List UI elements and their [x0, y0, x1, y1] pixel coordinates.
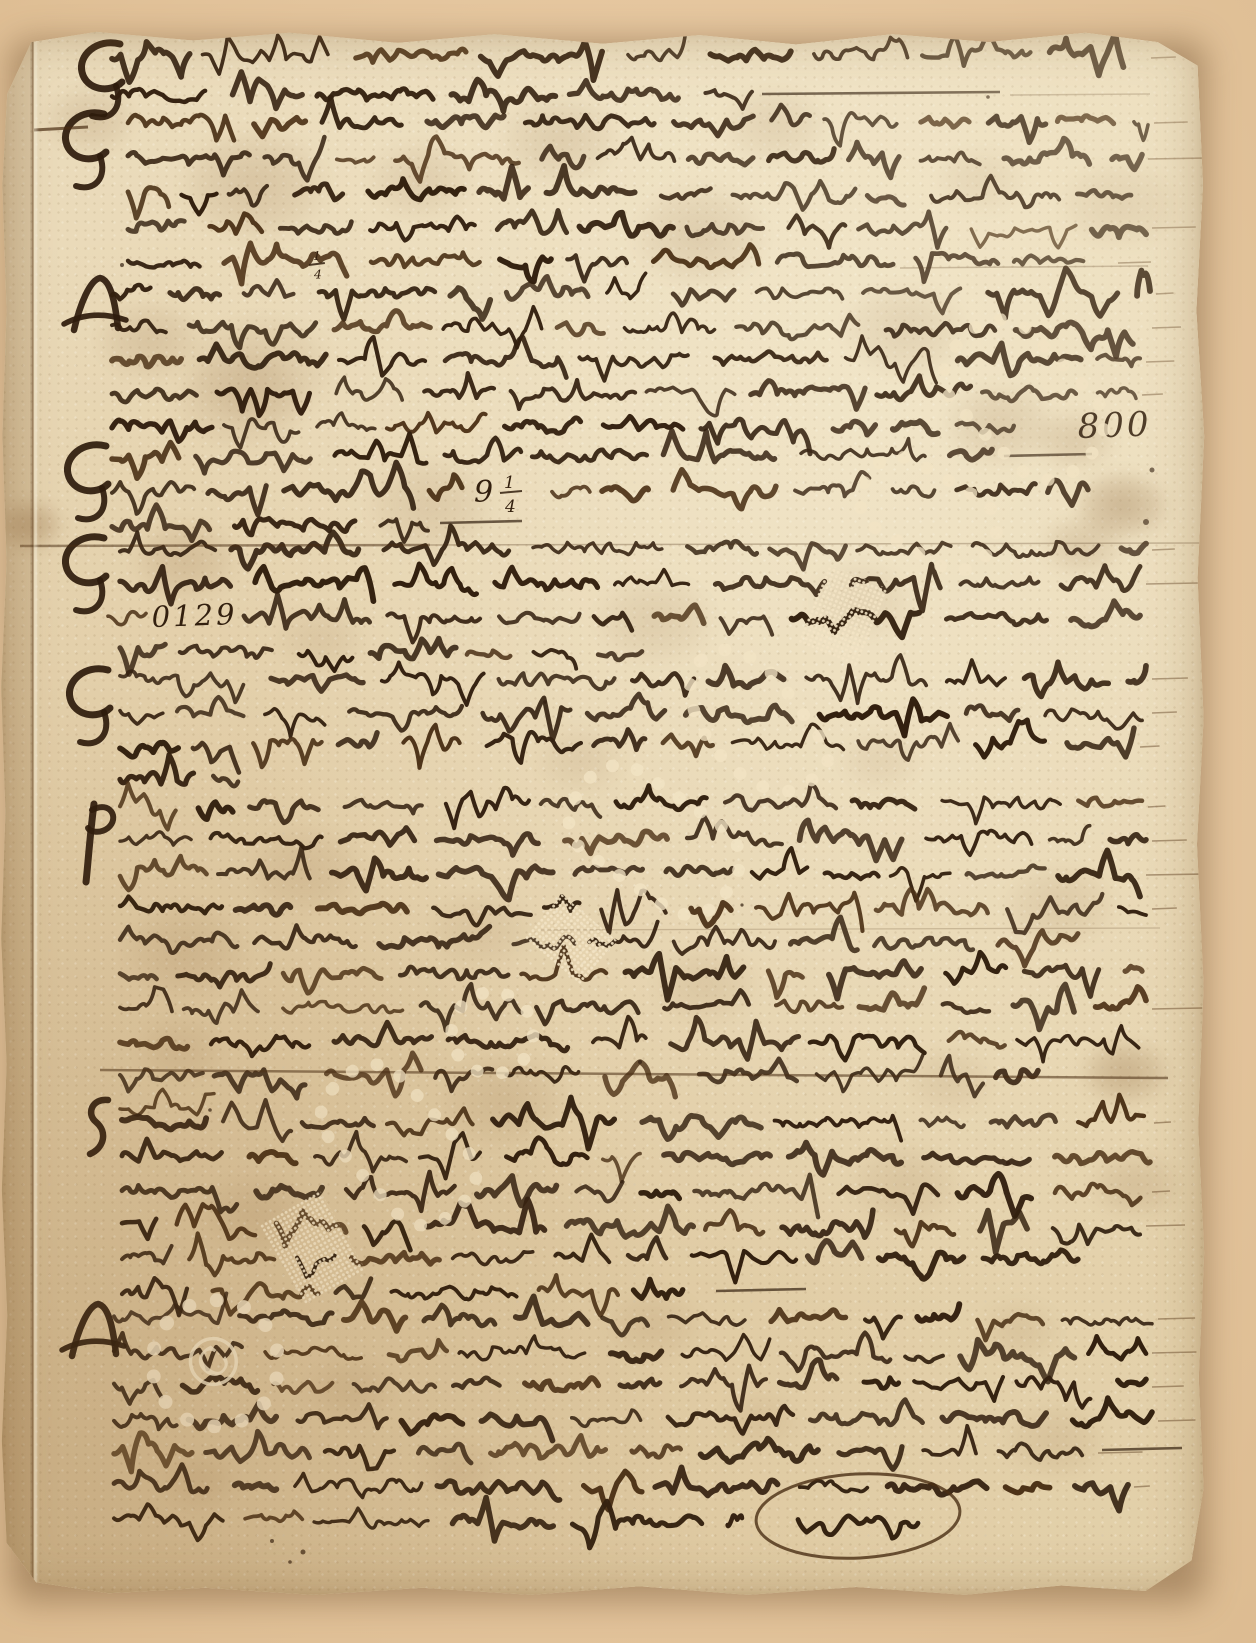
handwritten-word [256, 1186, 322, 1198]
handwritten-word [598, 138, 675, 162]
manuscript-line [120, 817, 1187, 861]
handwritten-word [295, 1473, 422, 1497]
manuscript-line [120, 720, 1160, 773]
handwritten-word [395, 564, 477, 595]
handwritten-word [768, 971, 802, 998]
handwritten-word [128, 261, 200, 268]
handwritten-word [211, 1036, 309, 1056]
handwritten-word [250, 801, 319, 823]
handwritten-word [1119, 907, 1146, 915]
handwritten-word [327, 1053, 422, 1096]
handwritten-word [1128, 666, 1146, 683]
handwritten-word [694, 1175, 818, 1218]
ink-speck [288, 1560, 292, 1564]
handwritten-word [1078, 1095, 1144, 1126]
handwritten-word [314, 1508, 428, 1528]
handwritten-word [532, 450, 647, 462]
manuscript-paragraph: 800 [64, 268, 1181, 454]
handwritten-word [112, 89, 205, 102]
handwritten-word [752, 848, 808, 879]
handwritten-word [427, 115, 504, 127]
handwritten-word [318, 904, 407, 914]
handwritten-word [584, 1471, 642, 1510]
handwritten-word [942, 797, 1060, 824]
pen-trail [1158, 1420, 1195, 1421]
handwritten-word [322, 97, 401, 128]
handwritten-word [120, 927, 237, 953]
handwritten-word [849, 142, 900, 178]
handwritten-word [274, 1382, 333, 1393]
handwritten-word [575, 867, 643, 874]
handwritten-word [445, 438, 521, 463]
handwritten-word [244, 594, 370, 628]
handwritten-word [487, 732, 581, 763]
handwritten-word [217, 389, 310, 416]
handwritten-word [332, 858, 426, 890]
handwritten-word [1134, 122, 1148, 141]
handwritten-word [989, 116, 1046, 142]
handwritten-word [108, 612, 146, 625]
handwritten-word [112, 285, 150, 299]
handwritten-word [491, 1436, 606, 1458]
handwritten-word [506, 1138, 587, 1165]
handwritten-word [642, 1116, 761, 1139]
handwritten-word [223, 1100, 291, 1141]
handwritten-word [317, 413, 375, 430]
handwritten-word [1058, 116, 1114, 124]
handwritten-word [506, 277, 588, 300]
handwritten-word [541, 799, 600, 817]
handwritten-word [1017, 1026, 1139, 1062]
pen-trail [1152, 549, 1175, 550]
handwritten-word [240, 1311, 333, 1325]
handwritten-word [769, 149, 834, 162]
handwritten-word [445, 337, 566, 377]
handwritten-word [1067, 728, 1134, 757]
handwritten-word [547, 166, 635, 196]
handwritten-word [224, 419, 299, 448]
handwritten-word [120, 644, 165, 674]
numeral-lead: 9 [474, 475, 493, 510]
handwritten-word [437, 1481, 559, 1500]
manuscript-line: 14 [128, 243, 1151, 284]
handwritten-word [921, 152, 980, 164]
handwritten-word [122, 1186, 237, 1213]
manuscript-paragraph: 914 [67, 431, 1092, 542]
handwritten-word [867, 196, 904, 206]
handwritten-word [891, 868, 950, 901]
manuscript-line [112, 72, 1000, 111]
pen-trail [1134, 1486, 1150, 1487]
handwritten-word [859, 988, 924, 1010]
handwritten-word [914, 1377, 1003, 1401]
manuscript-paragraph [69, 655, 1187, 786]
manuscript-line [122, 1095, 1171, 1149]
handwritten-word [733, 181, 856, 210]
handwritten-word [947, 660, 1005, 685]
handwritten-word [625, 313, 715, 332]
handwritten-word [341, 828, 415, 845]
handwritten-word [297, 1255, 335, 1277]
handwritten-word [481, 1414, 552, 1440]
handwritten-word [1006, 1484, 1050, 1493]
handwritten-word [603, 1154, 640, 1182]
handwritten-word [499, 613, 579, 623]
handwritten-word [931, 176, 1059, 208]
manuscript-line [128, 166, 1131, 218]
handwritten-word [668, 1406, 793, 1433]
manuscript-line [120, 783, 1165, 829]
handwritten-word [112, 420, 212, 441]
handwritten-word [112, 389, 197, 402]
handwritten-word [283, 1001, 403, 1012]
paragraph-initial-q [67, 445, 108, 491]
manuscript-line [120, 694, 1177, 740]
handwritten-word [646, 387, 734, 415]
handwritten-word [798, 1516, 918, 1538]
handwritten-word [593, 1017, 646, 1048]
ink-speck [543, 700, 547, 704]
manuscript-line: 800 [112, 404, 1152, 453]
handwritten-word [998, 931, 1078, 966]
manuscript-line [120, 1017, 1139, 1062]
pen-trail [1152, 840, 1187, 841]
handwritten-word [874, 938, 973, 950]
handwritten-word [1137, 271, 1150, 296]
handwritten-word [481, 41, 602, 80]
handwritten-word [337, 157, 374, 163]
handwritten-word [497, 211, 566, 234]
handwritten-word [280, 222, 351, 234]
handwritten-word [628, 1237, 666, 1259]
handwritten-word [536, 1001, 638, 1024]
handwritten-word [772, 105, 810, 125]
handwritten-word [112, 505, 210, 541]
handwritten-word [942, 1412, 1046, 1426]
handwritten-word [276, 1211, 345, 1246]
handwritten-word [877, 376, 971, 400]
handwritten-word [1050, 33, 1124, 75]
handwritten-word [756, 893, 862, 931]
handwritten-word [800, 820, 902, 860]
handwritten-word [957, 423, 1014, 433]
handwritten-word [122, 1278, 187, 1315]
handwritten-word [336, 377, 402, 400]
handwritten-word [184, 990, 258, 1023]
handwritten-word [1025, 662, 1109, 696]
handwritten-word [429, 475, 462, 500]
handwritten-word [120, 897, 222, 914]
handwritten-word [189, 322, 316, 348]
handwritten-word [170, 289, 220, 300]
handwritten-word [245, 1511, 302, 1521]
handwritten-word [1096, 987, 1146, 1009]
ink-speck [740, 903, 743, 906]
handwritten-word [352, 1253, 440, 1265]
handwritten-word [1050, 826, 1090, 845]
fraction-numerator: 1 [504, 473, 515, 493]
handwritten-word [433, 907, 531, 925]
handwritten-word [572, 1410, 641, 1426]
handwritten-word [120, 532, 215, 555]
paragraph-initial-p [86, 804, 94, 882]
pen-trail [1152, 712, 1177, 713]
handwritten-word [511, 380, 635, 409]
handwritten-word [295, 184, 343, 200]
handwritten-word [1013, 985, 1074, 1030]
handwritten-word [379, 927, 490, 948]
handwritten-word [1121, 544, 1146, 554]
handwritten-word [824, 113, 897, 146]
handwritten-word [699, 1059, 797, 1082]
handwritten-word [572, 1501, 701, 1548]
handwritten-word [467, 651, 510, 658]
handwritten-word [896, 1222, 954, 1246]
handwritten-word [777, 254, 893, 267]
handwritten-word [971, 225, 1076, 248]
manuscript-line [122, 1172, 1170, 1217]
handwritten-word [567, 255, 627, 281]
closing-flourish-word [798, 1516, 918, 1538]
paragraph-initial-s [90, 1100, 108, 1154]
handwritten-word [587, 694, 665, 720]
handwritten-word [1077, 190, 1131, 198]
handwritten-word [459, 1336, 585, 1360]
handwritten-word [705, 90, 752, 109]
handwritten-word [705, 1210, 763, 1234]
handwritten-word [736, 315, 858, 340]
handwritten-word [780, 1360, 837, 1388]
handwritten-word [198, 802, 232, 819]
ink-speck [1150, 468, 1155, 473]
handwritten-word [128, 188, 169, 219]
handwritten-word [265, 137, 325, 180]
handwritten-word [691, 903, 731, 926]
handwritten-word [387, 613, 480, 642]
handwritten-word [427, 1200, 545, 1233]
handwritten-word [674, 927, 775, 954]
handwritten-word [271, 675, 363, 691]
paragraph-initial-a [72, 1304, 116, 1356]
handwritten-word [315, 1132, 406, 1172]
handwritten-word [808, 1241, 862, 1262]
handwritten-word [692, 1251, 796, 1282]
handwritten-word [334, 1022, 432, 1045]
trailing-dash [716, 1289, 806, 1291]
manuscript-line [112, 373, 1163, 416]
handwritten-word [345, 800, 422, 814]
handwritten-word [687, 224, 763, 236]
manuscript-page: 148009140129 © [0, 28, 1206, 1598]
handwritten-word [112, 443, 179, 479]
handwritten-word [776, 1001, 842, 1012]
handwritten-word [863, 289, 960, 314]
manuscript-line [120, 1089, 214, 1115]
handwritten-word [801, 439, 925, 461]
ink-speck [208, 1108, 212, 1112]
manuscript-line [120, 889, 1177, 933]
handwritten-word [120, 711, 163, 724]
handwritten-word [233, 72, 303, 109]
handwritten-word [299, 651, 353, 671]
handwritten-word [231, 532, 358, 569]
handwritten-word [634, 1279, 683, 1298]
manuscript-paragraph [86, 783, 1202, 1115]
handwritten-word [851, 564, 940, 611]
handwritten-word [380, 519, 428, 542]
pen-trail [1146, 361, 1174, 362]
rule-line [34, 127, 88, 130]
handwritten-word [960, 1340, 1074, 1382]
handwritten-word [580, 213, 673, 236]
handwritten-word [210, 214, 262, 234]
handwritten-word [569, 81, 678, 101]
handwritten-word [594, 730, 645, 750]
manuscript-line [114, 1293, 1195, 1340]
handwritten-word [1118, 1379, 1146, 1385]
handwritten-word [389, 1340, 447, 1361]
handwritten-word [122, 1139, 222, 1161]
handwritten-word [120, 1039, 187, 1049]
handwritten-word [943, 1003, 989, 1013]
pen-trail [1154, 1122, 1171, 1123]
handwritten-word [991, 1115, 1056, 1127]
handwritten-word [439, 866, 553, 899]
handwritten-word [641, 1191, 679, 1198]
fraction-denominator: 4 [504, 497, 516, 517]
pen-trail [1140, 746, 1160, 747]
rule-line [20, 545, 430, 546]
handwritten-word [418, 1444, 471, 1463]
handwritten-word [196, 451, 311, 473]
pen-trail [1098, 1452, 1143, 1453]
handwritten-word [1088, 1336, 1146, 1359]
handwritten-word [949, 1032, 1005, 1048]
handwritten-word [1055, 1184, 1141, 1205]
ink-speck [638, 1060, 642, 1064]
handwritten-word [920, 1117, 964, 1127]
manuscript-paragraph [90, 1095, 1185, 1316]
handwritten-word [681, 1366, 766, 1411]
handwritten-word [688, 154, 753, 165]
pen-trail [1152, 227, 1196, 228]
manuscript-line [114, 1360, 1184, 1411]
handwritten-word [336, 1279, 371, 1298]
handwritten-word [806, 655, 926, 703]
handwritten-word [1004, 139, 1089, 165]
handwritten-word [620, 1379, 660, 1387]
handwritten-word [687, 541, 757, 554]
handwritten-word [671, 1017, 799, 1059]
manuscript-line [114, 1465, 1150, 1511]
ink-speck [1006, 1161, 1010, 1165]
handwritten-word [253, 739, 321, 767]
handwritten-word [946, 952, 1006, 983]
handwritten-word [1053, 1225, 1140, 1245]
handwritten-word [980, 1211, 1027, 1253]
handwritten-word [181, 194, 216, 215]
handwritten-word [534, 650, 577, 669]
handwritten-word [819, 699, 947, 736]
handwritten-word [244, 280, 294, 297]
handwritten-word [493, 1097, 615, 1148]
handwritten-word [505, 418, 581, 433]
handwritten-word [1058, 850, 1140, 896]
handwritten-word [403, 725, 459, 768]
handwritten-word [893, 421, 938, 434]
handwritten-word [356, 49, 466, 62]
manuscript-line [112, 31, 1176, 82]
handwritten-word [265, 709, 325, 737]
handwritten-word [368, 179, 464, 200]
handwritten-word [673, 290, 734, 306]
handwritten-word [876, 889, 988, 915]
pen-trail [1152, 908, 1177, 909]
handwritten-word [922, 31, 1030, 65]
handwritten-word [120, 974, 157, 980]
handwritten-word [864, 1378, 899, 1388]
handwritten-word [453, 1498, 554, 1542]
handwritten-word [544, 896, 579, 910]
handwritten-word [120, 987, 172, 1011]
handwritten-word [334, 311, 430, 332]
handwritten-word [1045, 709, 1142, 729]
handwritten-word [751, 381, 865, 410]
handwritten-word [607, 273, 646, 298]
handwritten-word [728, 1515, 742, 1526]
rule-line [1010, 94, 1150, 95]
handwritten-word [846, 336, 937, 383]
handwritten-word [382, 662, 484, 705]
pen-trail [1151, 57, 1176, 58]
handwritten-word [319, 288, 435, 319]
handwritten-word [810, 1035, 925, 1060]
handwritten-word [114, 1414, 177, 1429]
handwritten-word [213, 1283, 319, 1314]
handwritten-word [1055, 1152, 1150, 1164]
handwritten-word [218, 847, 310, 878]
handwritten-word [1078, 798, 1142, 807]
handwritten-word [114, 1380, 161, 1404]
handwritten-word [603, 1318, 648, 1335]
manuscript-line [114, 1498, 742, 1548]
handwritten-word [664, 1153, 770, 1165]
handwritten-word [1098, 388, 1137, 399]
pen-trail [1148, 158, 1205, 159]
handwritten-word [189, 1404, 277, 1428]
handwritten-word [483, 698, 571, 740]
pen-trail [1152, 1352, 1196, 1353]
handwritten-word [1125, 966, 1142, 971]
handwritten-word [387, 1108, 473, 1135]
manuscript-line [122, 1233, 1078, 1282]
handwritten-word [265, 1347, 361, 1359]
handwritten-word [338, 733, 377, 747]
handwritten-word [120, 832, 191, 845]
manuscript-line [120, 946, 1142, 1000]
manuscript-line [114, 1333, 1196, 1382]
handwritten-word [669, 1313, 745, 1325]
pen-trail [1152, 1386, 1184, 1387]
pen-trail [1158, 1318, 1195, 1319]
handwritten-word [479, 167, 528, 199]
handwritten-word [825, 873, 879, 879]
handwritten-word [395, 137, 518, 182]
pen-trail [1152, 1008, 1202, 1009]
handwritten-word [364, 1221, 410, 1250]
handwritten-word [450, 288, 490, 319]
handwritten-word [757, 288, 843, 299]
